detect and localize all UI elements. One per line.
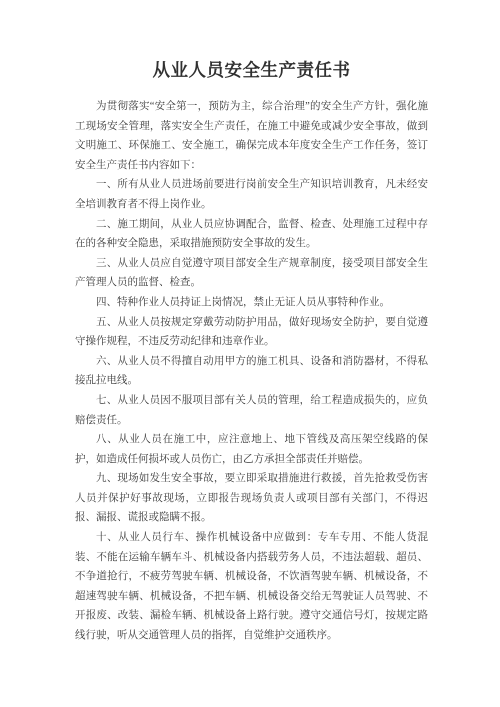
paragraph-item-5: 五、从业人员按规定穿戴劳动防护用品，做好现场安全防护，要自觉遵守操作规程，不违反…: [75, 313, 428, 352]
paragraph-item-2: 二、施工期间，从业人员应协调配合，监督、检查、处理施工过程中存在的各种安全隐患，…: [75, 215, 428, 254]
document-page: 从业人员安全生产责任书 为贯彻落实“安全第一，预防为主，综合治理”的安全生产方针…: [0, 0, 500, 707]
paragraph-item-3: 三、从业人员应自觉遵守项目部安全生产规章制度，接受项目部安全生产管理人员的监督、…: [75, 254, 428, 293]
document-body: 为贯彻落实“安全第一，预防为主，综合治理”的安全生产方针，强化施工现场安全管理，…: [75, 97, 428, 646]
paragraph-item-10: 十、从业人员行车、操作机械设备中应做到：专车专用、不能人货混装、不能在运输车辆车…: [75, 528, 428, 646]
paragraph-item-8: 八、从业人员在施工中，应注意地上、地下管线及高压架空线路的保护，如造成任何损坏或…: [75, 430, 428, 469]
paragraph-item-9: 九、现场如发生安全事故，要立即采取措施进行救援，首先抢救受伤害人员并保护好事故现…: [75, 469, 428, 528]
paragraph-item-1: 一、所有从业人员进场前要进行岗前安全生产知识培训教育，凡未经安全培训教育者不得上…: [75, 175, 428, 214]
paragraph-item-4: 四、特种作业人员持证上岗情况，禁止无证人员从事特种作业。: [75, 293, 428, 313]
paragraph-intro: 为贯彻落实“安全第一，预防为主，综合治理”的安全生产方针，强化施工现场安全管理，…: [75, 97, 428, 175]
paragraph-item-7: 七、从业人员因不服项目部有关人员的管理，给工程造成损失的，应负赔偿责任。: [75, 391, 428, 430]
document-title: 从业人员安全生产责任书: [75, 57, 428, 82]
paragraph-item-6: 六、从业人员不得擅自动用甲方的施工机具、设备和消防器材，不得私接乱拉电线。: [75, 352, 428, 391]
